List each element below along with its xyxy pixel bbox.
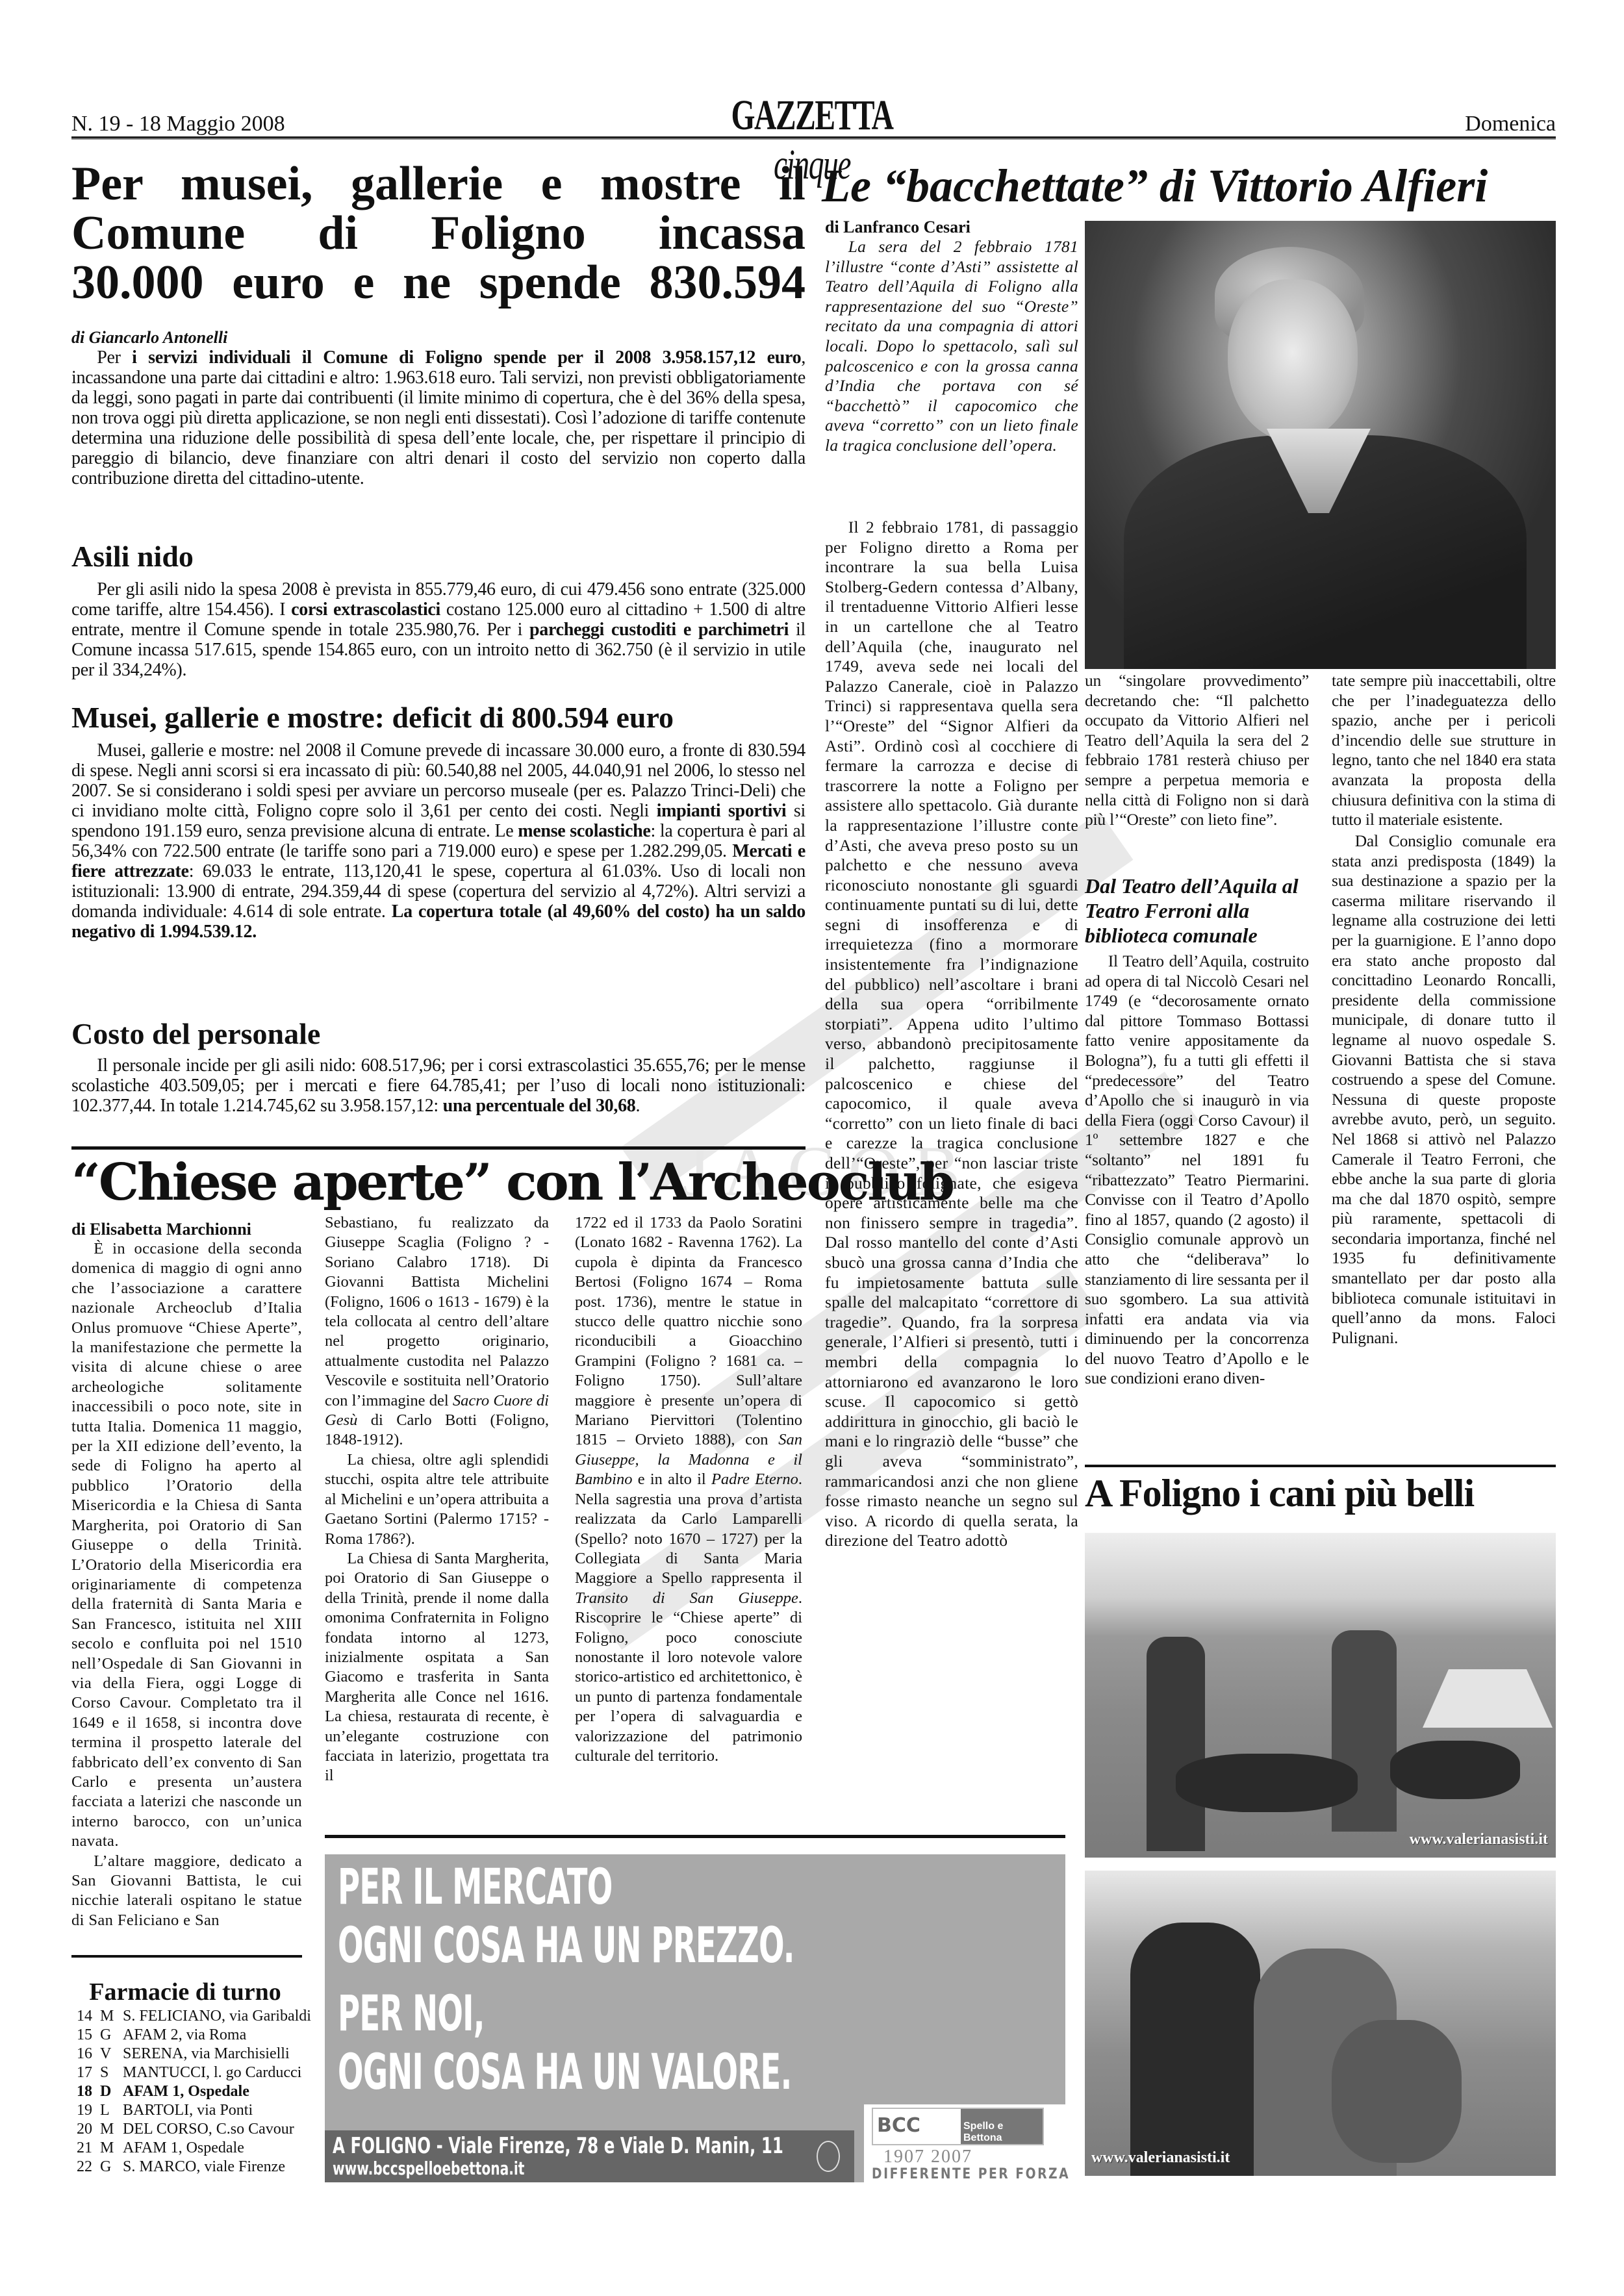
pharmacy-name: S. MARCO, viale Firenze xyxy=(123,2158,285,2176)
text-run-bold: parcheggi custoditi e parchimetri xyxy=(529,620,789,640)
issue-date: N. 19 - 18 Maggio 2008 xyxy=(71,112,285,136)
alfieri-body-col2-top: un “singolare provvedimento” decretando … xyxy=(1085,671,1309,830)
budget-intro: Per i servizi individuali il Comune di F… xyxy=(71,347,806,488)
bcc-logo-text: BCC xyxy=(873,2109,961,2144)
text-run-bold: corsi extrascolastici xyxy=(291,599,440,620)
alfieri-body-col3-p1: tate sempre più inaccettabili, oltre che… xyxy=(1332,671,1556,830)
chiese-col1: È in occasione della seconda domenica di… xyxy=(71,1239,302,1930)
pharmacy-weekday: G xyxy=(100,2026,123,2045)
text-run: Il personale incide per gli asili nido: … xyxy=(71,1055,806,1116)
pharmacy-day: 21 xyxy=(77,2139,100,2158)
pharmacy-day: 17 xyxy=(77,2063,100,2082)
pharmacy-day: 18 xyxy=(77,2082,100,2101)
masthead-main: GAZZETTA xyxy=(731,92,893,139)
intro-bold: i servizi individuali il Comune di Folig… xyxy=(132,347,801,368)
headline-line: Per musei, gallerie e mostre il xyxy=(71,159,806,208)
pharmacy-row: 16VSERENA, via Marchisielli xyxy=(77,2045,311,2063)
text-run-bold: mense scolastiche xyxy=(518,821,650,841)
chiese-col3: 1722 ed il 1733 da Paolo Soratini (Lonat… xyxy=(575,1213,802,1766)
pharmacy-name: AFAM 1, Ospedale xyxy=(123,2139,244,2158)
pharmacy-weekday: S xyxy=(100,2063,123,2082)
byline-alfieri: di Lanfranco Cesari xyxy=(825,218,971,237)
photo-credit: www.valerianasisti.it xyxy=(1091,2149,1230,2167)
alfieri-portrait-image xyxy=(1085,221,1556,669)
subhead-musei: Musei, gallerie e mostre: deficit di 800… xyxy=(71,700,674,735)
pharmacy-weekday: D xyxy=(100,2082,123,2101)
chiese-p5: La Chiesa di Santa Margherita, poi Orato… xyxy=(325,1549,549,1786)
intro-rest: , incassandone una parte dai cittadini e… xyxy=(71,347,806,488)
pharmacy-list: 14MS. FELICIANO, via Garibaldi 15GAFAM 2… xyxy=(77,2007,311,2176)
chiese-p6: 1722 ed il 1733 da Paolo Soratini (Lonat… xyxy=(575,1213,802,1766)
bank-logo-block: BCC Spello e Bettona 1907 2007 DIFFERENT… xyxy=(864,2104,1065,2182)
seal-icon xyxy=(817,2141,840,2172)
section-divider xyxy=(71,1146,806,1150)
bank-advertisement[interactable]: PER IL MERCATO OGNI COSA HA UN PREZZO. P… xyxy=(325,1854,1065,2182)
ad-url-link[interactable]: www.bccspelloebettona.it xyxy=(333,2158,524,2179)
pharmacy-row: 19LBARTOLI, via Ponti xyxy=(77,2101,311,2120)
subhead-asili: Asili nido xyxy=(71,539,194,574)
pharmacy-name: MANTUCCI, l. go Carducci xyxy=(123,2063,301,2082)
alfieri-body-col3-p2: Dal Consiglio comunale era stata anzi pr… xyxy=(1332,831,1556,1348)
headline-dogs: A Foligno i cani più belli xyxy=(1085,1471,1556,1516)
section-divider xyxy=(325,1835,1065,1838)
section-divider xyxy=(1085,1465,1556,1467)
pharmacy-day: 15 xyxy=(77,2026,100,2045)
photo-credit: www.valerianasisti.it xyxy=(1410,1831,1548,1848)
pharmacy-weekday: G xyxy=(100,2158,123,2176)
byline-budget: di Giancarlo Antonelli xyxy=(71,328,227,347)
pharmacy-weekday: L xyxy=(100,2101,123,2120)
chiese-p2: L’altare maggiore, dedicato a San Giovan… xyxy=(71,1852,302,1931)
pharmacy-name: AFAM 1, Ospedale xyxy=(123,2082,249,2101)
headline-chiese: “Chiese aperte” con l’Archeoclub xyxy=(71,1153,806,1212)
section-divider xyxy=(71,1955,302,1958)
intro-lead: Per xyxy=(97,347,132,368)
bcc-bank-name: Spello e Bettona xyxy=(961,2109,1043,2144)
pharmacy-day: 19 xyxy=(77,2101,100,2120)
header-rule xyxy=(71,136,1556,140)
text-run-italic: Transito di San Giuseppe xyxy=(575,1589,798,1607)
pharmacy-day: 16 xyxy=(77,2045,100,2063)
subhead-teatro: Dal Teatro dell’Aquila al Teatro Ferroni… xyxy=(1085,874,1309,948)
byline-chiese: di Elisabetta Marchionni xyxy=(71,1220,251,1239)
chiese-p1: È in occasione della seconda domenica di… xyxy=(71,1239,302,1852)
pharmacy-row: 14MS. FELICIANO, via Garibaldi xyxy=(77,2007,311,2026)
pharmacy-row: 15GAFAM 2, via Roma xyxy=(77,2026,311,2045)
bank-motto: DIFFERENTE PER FORZA xyxy=(872,2166,1070,2182)
weekday: Domenica xyxy=(1465,112,1556,136)
headline-line: Comune di Foligno incassa xyxy=(71,208,806,258)
text-run: . xyxy=(636,1096,641,1116)
section-musei-body: Musei, gallerie e mostre: nel 2008 il Co… xyxy=(71,740,806,942)
pharmacy-weekday: M xyxy=(100,2139,123,2158)
section-personale-body: Il personale incide per gli asili nido: … xyxy=(71,1055,806,1116)
pharmacy-weekday: M xyxy=(100,2120,123,2139)
ad-line: PER NOI, xyxy=(338,1984,485,2042)
pharmacy-day: 14 xyxy=(77,2007,100,2026)
dog-show-photo-1: www.valerianasisti.it xyxy=(1085,1533,1556,1858)
pharmacy-row: 21MAFAM 1, Ospedale xyxy=(77,2139,311,2158)
ad-line: PER IL MERCATO xyxy=(338,1858,613,1915)
ad-footer: A FOLIGNO - Viale Firenze, 78 e Viale D.… xyxy=(325,2130,854,2182)
text-run-bold: impianti sportivi xyxy=(657,801,787,821)
pharmacy-row: 22GS. MARCO, viale Firenze xyxy=(77,2158,311,2176)
pharmacy-day: 20 xyxy=(77,2120,100,2139)
chiese-p4: La chiesa, oltre agli splendidi stucchi,… xyxy=(325,1450,549,1549)
text-run: e in alto il xyxy=(632,1470,711,1488)
text-run: . Riscoprire le “Chiese aperte” di Folig… xyxy=(575,1589,802,1765)
ad-address: A FOLIGNO - Viale Firenze, 78 e Viale D.… xyxy=(333,2133,783,2159)
pharmacy-name: S. FELICIANO, via Garibaldi xyxy=(123,2007,311,2026)
alfieri-body-col2: Il Teatro dell’Aquila, costruito ad oper… xyxy=(1085,952,1309,1389)
text-run-italic: Padre Eterno xyxy=(711,1470,798,1488)
pharmacy-name: AFAM 2, via Roma xyxy=(123,2026,246,2045)
pharmacy-weekday: M xyxy=(100,2007,123,2026)
chiese-p3: Sebastiano, fu realizzato da Giuseppe Sc… xyxy=(325,1213,549,1450)
text-run: di Carlo Botti (Foligno, 1848-1912). xyxy=(325,1411,549,1448)
pharmacy-name: DEL CORSO, C.so Cavour xyxy=(123,2120,294,2139)
pharmacy-name: SERENA, via Marchisielli xyxy=(123,2045,290,2063)
text-run-bold: una percentuale del 30,68 xyxy=(443,1096,636,1116)
headline-alfieri: Le “bacchettate” di Vittorio Alfieri xyxy=(822,159,1556,213)
pharmacy-title: Farmacie di turno xyxy=(71,1978,299,2006)
alfieri-intro: La sera del 2 febbraio 1781 l’illustre “… xyxy=(825,237,1078,456)
headline-line: 30.000 euro e ne spende 830.594 xyxy=(71,258,806,307)
subhead-personale: Costo del personale xyxy=(71,1016,320,1051)
pharmacy-row: 17SMANTUCCI, l. go Carducci xyxy=(77,2063,311,2082)
chiese-col2: Sebastiano, fu realizzato da Giuseppe Sc… xyxy=(325,1213,549,1786)
section-asili-body: Per gli asili nido la spesa 2008 è previ… xyxy=(71,579,806,680)
text-run: 1722 ed il 1733 da Paolo Soratini (Lonat… xyxy=(575,1214,802,1448)
dog-show-photo-2: www.valerianasisti.it xyxy=(1085,1871,1556,2176)
text-run: Sebastiano, fu realizzato da Giuseppe Sc… xyxy=(325,1214,549,1409)
bank-years: 1907 2007 xyxy=(883,2147,972,2167)
pharmacy-weekday: V xyxy=(100,2045,123,2063)
pharmacy-day: 22 xyxy=(77,2158,100,2176)
pharmacy-row: 20MDEL CORSO, C.so Cavour xyxy=(77,2120,311,2139)
bcc-logo: BCC Spello e Bettona xyxy=(872,2108,1044,2145)
pharmacy-row-today: 18DAFAM 1, Ospedale xyxy=(77,2082,311,2101)
ad-line: OGNI COSA HA UN VALORE. xyxy=(338,2043,792,2100)
ad-line: OGNI COSA HA UN PREZZO. xyxy=(338,1916,794,1974)
pharmacy-name: BARTOLI, via Ponti xyxy=(123,2101,253,2120)
headline-budget: Per musei, gallerie e mostre il Comune d… xyxy=(71,159,806,307)
